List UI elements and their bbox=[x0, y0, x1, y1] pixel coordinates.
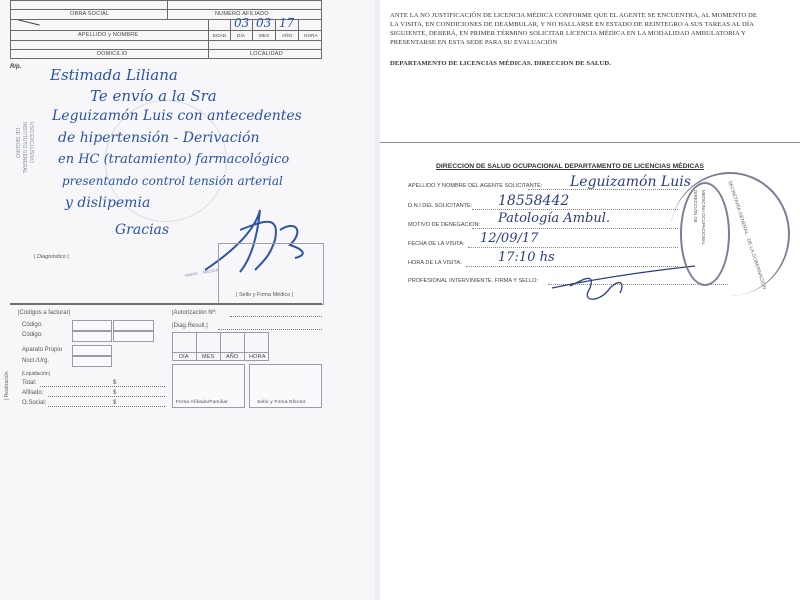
handwritten-line: presentando control tensión arterial bbox=[62, 174, 283, 188]
osocial-label: O.Social: bbox=[22, 400, 46, 406]
mes-label: MES bbox=[259, 33, 269, 38]
firma-afiliado-label: Firma Afiliado/Familiar bbox=[176, 400, 228, 405]
section-separator bbox=[10, 303, 322, 305]
fecha-visita-label: FECHA DE LA VISITA: bbox=[408, 241, 464, 247]
profesional-label: PROFESIONAL INTERVINIENTE. FIRMA Y SELLO… bbox=[408, 278, 538, 284]
noct-urg-label: Noct./Urg. bbox=[22, 358, 49, 364]
dia-label: DÍA bbox=[237, 33, 245, 38]
divider bbox=[298, 19, 299, 40]
noct-urg-field[interactable] bbox=[72, 356, 112, 367]
handwritten-line: Te envío a la Sra bbox=[90, 87, 217, 105]
osocial-dots bbox=[48, 406, 165, 407]
field-dots bbox=[472, 209, 678, 210]
divider bbox=[172, 352, 269, 353]
cut-line bbox=[380, 142, 800, 143]
motivo-value: Patología Ambul. bbox=[498, 211, 610, 226]
codigo-2a-field[interactable] bbox=[72, 331, 112, 342]
afiliado-dots bbox=[48, 396, 165, 397]
motivo-label: MOTIVO DE DENEGACION: bbox=[408, 222, 480, 228]
stamp-line: USO EXCLUSIVO bbox=[28, 122, 34, 163]
referral-form: OBRA SOCIAL NUMERO AFILIADO APELLIDO y N… bbox=[0, 0, 375, 600]
autorizacion-dots bbox=[230, 316, 322, 317]
rp-label: R/p. bbox=[10, 64, 21, 70]
denial-notice: ANTE LA NO JUSTIFICACIÓN DE LICENCIA MÉD… bbox=[380, 0, 800, 600]
codigo-2b-field[interactable] bbox=[113, 331, 154, 342]
sello-firma-medico-label: | Sello y Firma Médico | bbox=[236, 292, 293, 298]
divider bbox=[196, 332, 197, 361]
field-dots bbox=[472, 228, 678, 229]
liquidacion-side-label: | Realización bbox=[4, 371, 10, 400]
divider bbox=[244, 332, 245, 361]
codigos-facturar-label: |Códigos a facturar| bbox=[18, 310, 70, 316]
grid-mes-label: MES bbox=[202, 354, 215, 360]
aparato-propio-label: Aparato Propio bbox=[22, 347, 62, 353]
form-title: DIRECCION DE SALUD OCUPACIONAL DEPARTAME… bbox=[436, 163, 704, 170]
edad-label: EDAD bbox=[213, 33, 226, 38]
handwritten-line: Leguizamón Luis con antecedentes bbox=[52, 108, 302, 124]
stamp-line: DE SEGURO bbox=[14, 128, 20, 158]
apellido-nombre-label: APELLIDO Y NOMBRE DEL AGENTE SOLICITANTE… bbox=[408, 183, 542, 189]
diagnostico-label: | Diagnóstico | bbox=[34, 254, 69, 260]
codigo-label: Código: bbox=[22, 322, 43, 328]
osocial-currency: $ bbox=[113, 400, 116, 406]
domicilio-label: DOMICILIO bbox=[97, 51, 128, 57]
anio-label: AÑO bbox=[282, 33, 292, 38]
total-dots bbox=[40, 386, 165, 387]
grid-anio-label: AÑO bbox=[226, 354, 239, 360]
sello-efector-label: Sello y Firma Efector bbox=[257, 400, 306, 405]
divider bbox=[10, 9, 322, 10]
divider bbox=[275, 19, 276, 40]
divider bbox=[230, 19, 231, 40]
liquidacion-label: |Liquidación| bbox=[22, 371, 50, 377]
date-month: 03 bbox=[256, 16, 271, 30]
handwritten-line: Gracias bbox=[115, 222, 169, 238]
stamp-line: INSTITUTO GENERAL bbox=[21, 122, 27, 174]
notice-line: LA VISITA, EN CONDICIONES DE DEAMBULAR, … bbox=[390, 21, 754, 28]
hora-label: HORA bbox=[304, 33, 318, 38]
grid-hora-label: HORA bbox=[249, 354, 266, 360]
notice-line: ANTE LA NO JUSTIFICACIÓN DE LICENCIA MÉD… bbox=[390, 12, 757, 19]
obra-social-label: OBRA SOCIAL bbox=[70, 11, 109, 17]
field-dots bbox=[468, 247, 678, 248]
afiliado-label: Afiliado: bbox=[22, 390, 43, 396]
date-year: 17 bbox=[279, 16, 294, 30]
fecha-visita-value: 12/09/17 bbox=[480, 231, 538, 246]
divider bbox=[208, 19, 209, 40]
apellido-nombre-value: Leguizamón Luis bbox=[570, 174, 691, 190]
localidad-label: LOCALIDAD bbox=[250, 51, 283, 57]
codigo-label: Código: bbox=[22, 332, 43, 338]
date-day: 03 bbox=[234, 16, 249, 30]
codigo-1b-field[interactable] bbox=[113, 320, 154, 331]
divider bbox=[10, 40, 322, 41]
divider bbox=[208, 40, 209, 59]
hora-visita-value: 17:10 hs bbox=[498, 250, 555, 265]
handwritten-line: Estimada Liliana bbox=[50, 66, 178, 84]
diag-result-label: |Diag.Result.| bbox=[172, 323, 208, 329]
total-currency: $ bbox=[113, 380, 116, 386]
diag-result-dots bbox=[218, 329, 322, 330]
department-line: DEPARTAMENTO DE LICENCIAS MÉDICAS. DIREC… bbox=[390, 60, 611, 67]
divider bbox=[167, 0, 168, 19]
divider bbox=[220, 332, 221, 361]
handwritten-line: y dislipemia bbox=[65, 195, 150, 211]
apellido-nombre-label: APELLIDO y NOMBRE bbox=[78, 32, 138, 38]
grid-dia-label: DÍA bbox=[179, 354, 189, 360]
dni-label: D.N.I DEL SOLICITANTE: bbox=[408, 203, 472, 209]
dni-value: 18558442 bbox=[498, 193, 569, 209]
aparato-propio-field[interactable] bbox=[72, 345, 112, 356]
notice-line: SIGUIENTE, DEBERÁ, EN PRIMER TÉRMINO SOL… bbox=[390, 30, 746, 37]
institution-stamp: USO EXCLUSIVO INSTITUTO GENERAL DE SEGUR… bbox=[10, 120, 34, 215]
handwritten-line: de hipertensión - Derivación bbox=[58, 130, 260, 146]
autorizacion-label: |Autorización Nº: bbox=[172, 310, 216, 316]
total-label: Total: bbox=[22, 380, 36, 386]
oval-stamp-inner-text: MEDICINA OCUPACIONAL bbox=[701, 190, 706, 245]
codigo-1a-field[interactable] bbox=[72, 320, 112, 331]
oval-stamp-inner-text: DIRECCIÓN DE bbox=[693, 190, 698, 223]
afiliado-currency: $ bbox=[113, 390, 116, 396]
divider bbox=[252, 19, 253, 40]
notice-line: PRESENTARSE EN ESTA SEDE PARA SU EVALUAC… bbox=[390, 39, 557, 46]
divider bbox=[10, 49, 322, 50]
hora-visita-label: HORA DE LA VISITA: bbox=[408, 260, 462, 266]
handwritten-line: en HC (tratamiento) farmacológico bbox=[58, 152, 289, 167]
